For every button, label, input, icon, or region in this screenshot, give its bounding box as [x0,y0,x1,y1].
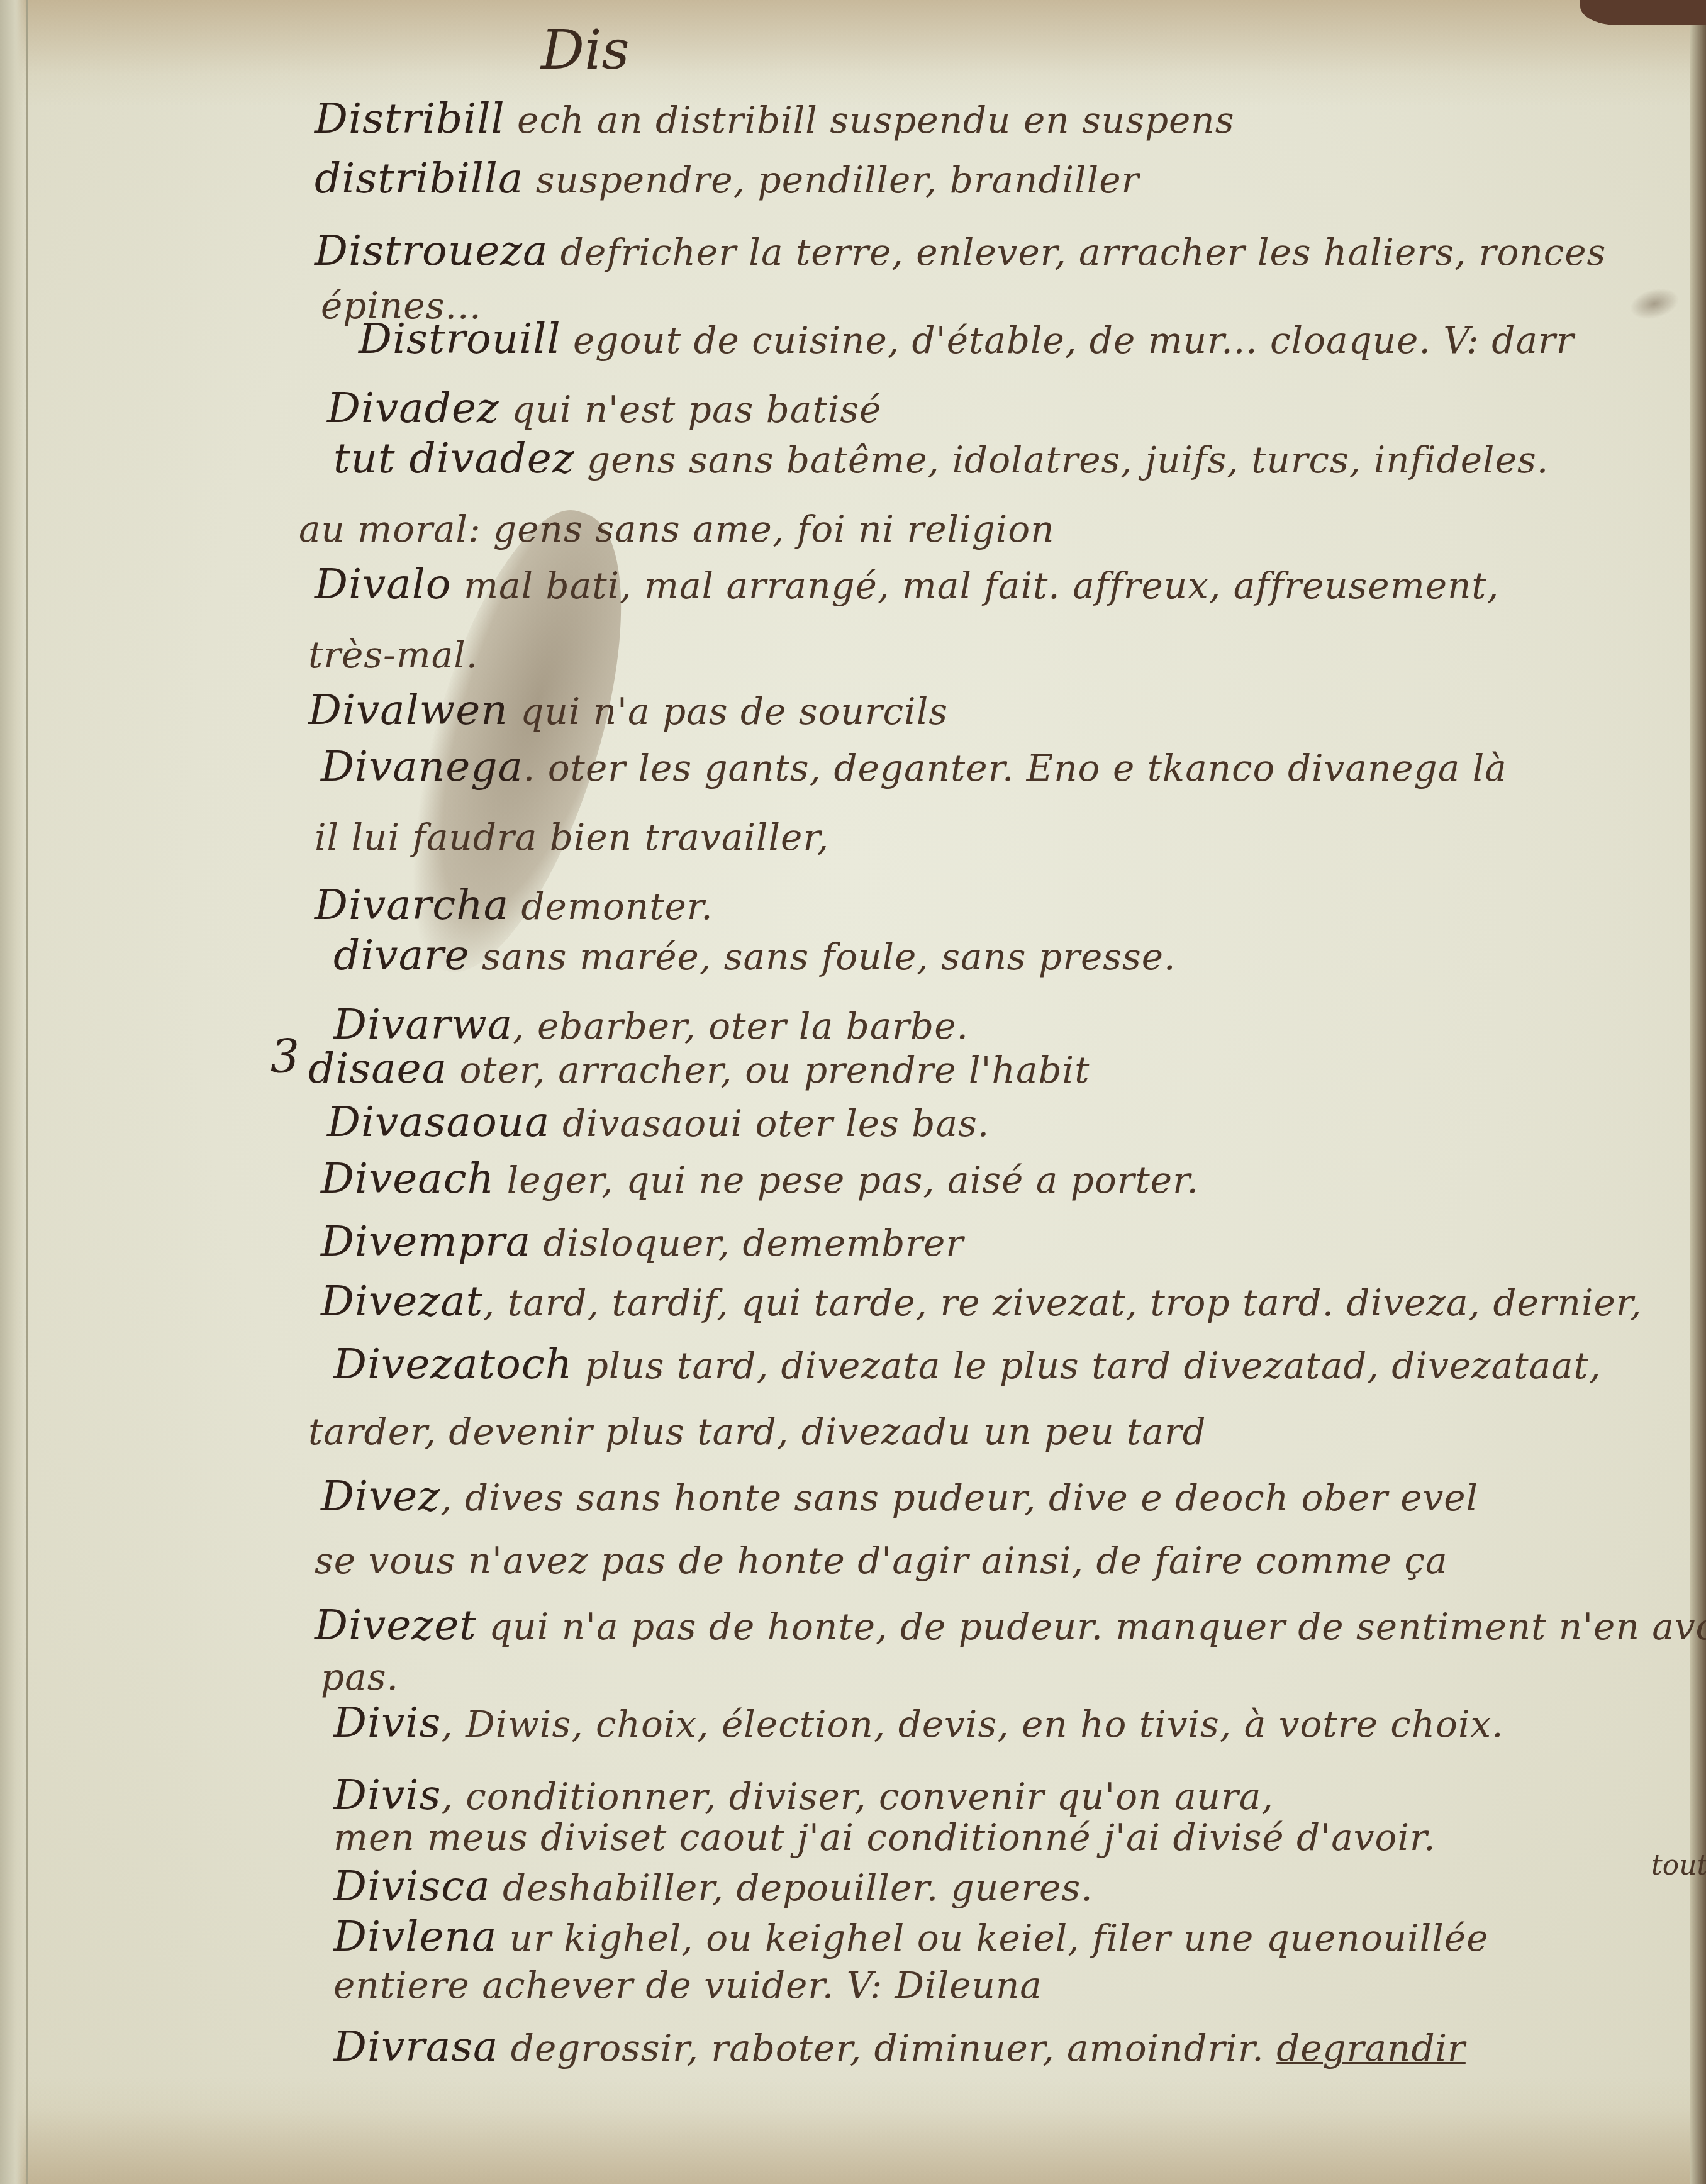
headword: disaea [308,1044,447,1093]
headword: distribilla [315,154,523,203]
headword: Divezet [315,1601,477,1649]
headword: Divarwa [333,1000,513,1049]
entry-line: distribilla suspendre, pendiller, brandi… [315,154,1139,203]
entry-line: Divadez qui n'est pas batisé [327,384,881,432]
entry-line: entiere achever de vuider. V: Dileuna [333,1959,1042,2008]
gloss: ur kighel, ou keighel ou keiel, filer un… [497,1917,1488,1959]
headword: Divadez [327,384,499,432]
gloss: gens sans batême, idolatres, juifs, turc… [575,438,1549,481]
headword: Diveach [321,1154,494,1203]
headword: Divezatoch [333,1340,572,1388]
gloss: mal bati, mal arrangé, mal fait. affreux… [452,564,1500,607]
gloss: defricher la terre, enlever, arracher le… [548,231,1606,274]
gloss: très-mal. [308,633,478,676]
headword: Divalwen [308,686,508,734]
headword: Distribill [315,94,505,143]
gloss: qui n'est pas batisé [499,388,882,431]
gloss: au moral: gens sans ame, foi ni religion [299,508,1055,550]
gloss: deshabiller, depouiller. gueres. [491,1866,1093,1909]
gloss: ech an distribill suspendu en suspens [505,99,1235,142]
entry-line: se vous n'avez pas de honte d'agir ainsi… [315,1535,1448,1583]
bottom-edge-stain [0,2077,1706,2184]
gloss: , tard, tardif, qui tarde, re zivezat, t… [483,1281,1642,1324]
headword: Divisca [333,1862,491,1910]
headword: Divalo [315,560,452,608]
entry-line: tut divadez gens sans batême, idolatres,… [333,434,1549,482]
entry-line: Divalwen qui n'a pas de sourcils [308,686,948,734]
entry-line: Divanega. oter les gants, deganter. Eno … [321,742,1507,791]
headword: Distroueza [315,226,548,275]
gloss: , Diwis, choix, élection, devis, en ho t… [441,1703,1503,1746]
entry-line: tarder, devenir plus tard, divezadu un p… [308,1406,1207,1454]
entry-line: Divis, Diwis, choix, élection, devis, en… [333,1698,1504,1747]
headword: Divlena [333,1912,497,1961]
gloss: plus tard, divezata le plus tard divezat… [572,1344,1601,1387]
headword: Divrasa [333,2022,498,2071]
binding-corner [1580,0,1706,25]
gloss: disloquer, demembrer [531,1222,964,1264]
headword: Divis [333,1698,441,1747]
margin-number: 3 [270,1030,299,1083]
entry-line: Divalo mal bati, mal arrangé, mal fait. … [315,560,1499,608]
left-page-edge [0,0,28,2184]
gloss: , dives sans honte sans pudeur, dive e d… [440,1476,1478,1519]
gloss: . oter les gants, deganter. Eno e tkanco… [523,747,1507,789]
gloss: oter, arracher, ou prendre l'habit [447,1049,1090,1091]
entry-line: Diveach leger, qui ne pese pas, aisé a p… [321,1154,1199,1203]
entry-line: men meus diviset caout j'ai conditionné … [333,1812,1436,1860]
entry-line: Distroueza defricher la terre, enlever, … [315,226,1606,275]
entry-line: au moral: gens sans ame, foi ni religion [299,503,1055,552]
ink-blot [1626,283,1682,324]
superscript-note: toute [1651,1849,1706,1881]
gloss: , ebarber, oter la barbe. [513,1005,969,1047]
entry-line: très-mal. [308,629,478,677]
entry-line: Divrasa degrossir, raboter, diminuer, am… [333,2022,1466,2071]
manuscript-page: Dis 3 toute Distribill ech an distribill… [0,0,1706,2184]
top-edge-stain [0,0,1706,107]
entry-line: divare sans marée, sans foule, sans pres… [333,931,1176,979]
gloss: suspendre, pendiller, brandiller [523,159,1139,201]
entry-line: Divarcha demonter. [315,881,713,929]
headword: tut divadez [333,434,575,482]
entry-line: Divisca deshabiller, depouiller. gueres. [333,1862,1093,1910]
entry-line: Divezet qui n'a pas de honte, de pudeur.… [315,1601,1706,1649]
entry-line: Divempra disloquer, demembrer [321,1217,964,1266]
gloss: tarder, devenir plus tard, divezadu un p… [308,1410,1207,1453]
gloss: leger, qui ne pese pas, aisé a porter. [494,1159,1199,1201]
entry-line: disaea oter, arracher, ou prendre l'habi… [308,1044,1090,1093]
gloss: divasaoui oter les bas. [550,1102,990,1145]
entry-line: Divlena ur kighel, ou keighel ou keiel, … [333,1912,1488,1961]
headword: Divempra [321,1217,531,1266]
entry-line: Divez, dives sans honte sans pudeur, div… [321,1472,1478,1520]
gloss: entiere achever de vuider. V: Dileuna [333,1964,1042,2007]
gloss: qui n'a pas de sourcils [508,690,948,733]
gloss: egout de cuisine, d'étable, de mur... cl… [561,319,1575,362]
headword: Divarcha [315,881,509,929]
headword: Divasaoua [327,1098,550,1146]
headword: Divez [321,1472,440,1520]
gloss: men meus diviset caout j'ai conditionné … [333,1816,1436,1859]
entry-line: Divarwa, ebarber, oter la barbe. [333,1000,969,1049]
gloss: pas. [321,1656,399,1698]
entry-line: Divasaoua divasaoui oter les bas. [327,1098,990,1146]
gloss: degrossir, raboter, diminuer, amoindrir. [498,2027,1276,2070]
underlined-word: degrandir [1276,2027,1466,2070]
headword: divare [333,931,470,979]
gloss: qui n'a pas de honte, de pudeur. manquer… [477,1605,1706,1648]
headword: Distrouill [359,315,561,363]
entry-line: pas. [321,1651,399,1700]
entry-line: Distrouill egout de cuisine, d'étable, d… [359,315,1575,363]
entry-line: Divezatoch plus tard, divezata le plus t… [333,1340,1601,1388]
gloss: se vous n'avez pas de honte d'agir ainsi… [315,1539,1448,1582]
gloss: demonter. [509,885,713,928]
headword: Divezat [321,1277,483,1325]
entry-line: Distribill ech an distribill suspendu en… [315,94,1234,143]
entry-line: Divezat, tard, tardif, qui tarde, re ziv… [321,1277,1642,1325]
headword: Divanega [321,742,523,791]
running-head: Dis [541,19,630,82]
gloss: sans marée, sans foule, sans presse. [470,935,1176,978]
gloss: il lui faudra bien travailler, [315,816,829,859]
entry-line: il lui faudra bien travailler, [315,811,829,860]
